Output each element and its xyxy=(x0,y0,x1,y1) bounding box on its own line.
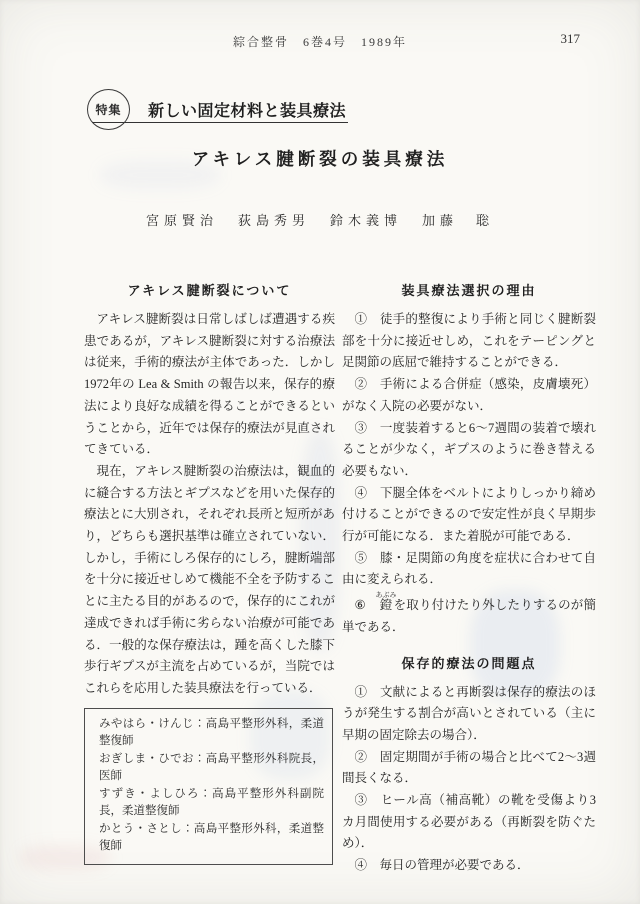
paragraph-current-treatment: 現在，アキレス腱断裂の治療法は，観血的に縫合する方法とギプスなどを用いた保存的療… xyxy=(84,461,335,700)
left-column: アキレス腱断裂について アキレス腱断裂は日常しばしば遭遇する疾患であるが，アキレ… xyxy=(84,272,335,877)
ruby-reading: あぶみ xyxy=(376,591,397,599)
affiliation-line: みやはら・けんじ：高島平整形外科，柔道整復師 xyxy=(99,716,324,751)
author-name: 加藤 聡 xyxy=(422,210,494,229)
paragraph-intro: アキレス腱断裂は日常しばしば遭遇する疾患であるが，アキレス腱断裂に対する治療法は… xyxy=(84,309,335,461)
feature-badge: 特集 xyxy=(87,89,130,130)
ruby-annotation: 鐙あぶみ xyxy=(379,598,394,612)
journal-page: 綜合整骨 6巻4号 1989年 317 特集 新しい固定材料と装具療法 アキレス… xyxy=(0,0,640,904)
feature-underline xyxy=(92,122,348,123)
problem-item-4: ④ 毎日の管理が必要である． xyxy=(342,855,596,877)
problem-item-1: ① 文献によると再断裂は保存的療法のほうが発生する割合が高いとされている（主に早… xyxy=(342,682,596,747)
right-column: 装具療法選択の理由 ① 徒手的整復により手術と同じく腱断裂部を十分に接近せしめ，… xyxy=(342,272,596,877)
section-heading-reasons: 装具療法選択の理由 xyxy=(342,280,596,299)
reason-item-6: ⑥ 鐙あぶみを取り付けたり外したりするのが簡単である． xyxy=(342,591,596,638)
author-list: 宮原賢治 荻島秀男 鈴木義博 加藤 聡 xyxy=(0,210,640,229)
author-name: 鈴木義博 xyxy=(330,210,402,229)
affiliation-line: かとう・さとし：高島平整形外科，柔道整復師 xyxy=(99,821,324,856)
problem-item-3: ③ ヒール高（補高靴）の靴を受傷より3カ月間使用する必要がある（再断裂を防ぐため… xyxy=(342,790,596,855)
page-number: 317 xyxy=(561,31,581,47)
affiliation-line: すずき・よしひろ：高島平整形外科副院長，柔道整復師 xyxy=(99,786,324,821)
reason-item-3: ③ 一度装着すると6～7週間の装着で壊れることが少なく，ギプスのように巻き替える… xyxy=(342,418,596,483)
feature-badge-label: 特集 xyxy=(95,101,121,118)
feature-series-title: 新しい固定材料と装具療法 xyxy=(148,98,346,121)
journal-header: 綜合整骨 6巻4号 1989年 xyxy=(0,33,640,50)
section-heading-about-rupture: アキレス腱断裂について xyxy=(84,280,335,299)
reason-item-5: ⑤ 膝・足関節の角度を症状に合わせて自由に変えられる． xyxy=(342,548,596,591)
author-name: 荻島秀男 xyxy=(238,210,310,229)
reason-item-1: ① 徒手的整復により手術と同じく腱断裂部を十分に接近せしめ，これをテーピングと足… xyxy=(342,309,596,374)
reason-item-4: ④ 下腿全体をベルトによりしっかり締め付けることができるので安定性が良く早期歩行… xyxy=(342,483,596,548)
author-name: 宮原賢治 xyxy=(146,210,218,229)
reason-item-2: ② 手術による合併症（感染，皮膚壊死）がなく入院の必要がない． xyxy=(342,374,596,417)
author-affiliations-box: みやはら・けんじ：高島平整形外科，柔道整復師 おぎしま・ひでお：高島平整形外科院… xyxy=(84,708,333,865)
article-body: アキレス腱断裂について アキレス腱断裂は日常しばしば遭遇する疾患であるが，アキレ… xyxy=(84,272,596,877)
affiliation-line: おぎしま・ひでお：高島平整形外科院長，医師 xyxy=(99,751,324,786)
article-title: アキレス腱断裂の装具療法 xyxy=(0,146,640,171)
problem-item-2: ② 固定期間が手術の場合と比べて2～3週間長くなる． xyxy=(342,747,596,790)
section-heading-problems: 保存的療法の問題点 xyxy=(342,653,596,672)
